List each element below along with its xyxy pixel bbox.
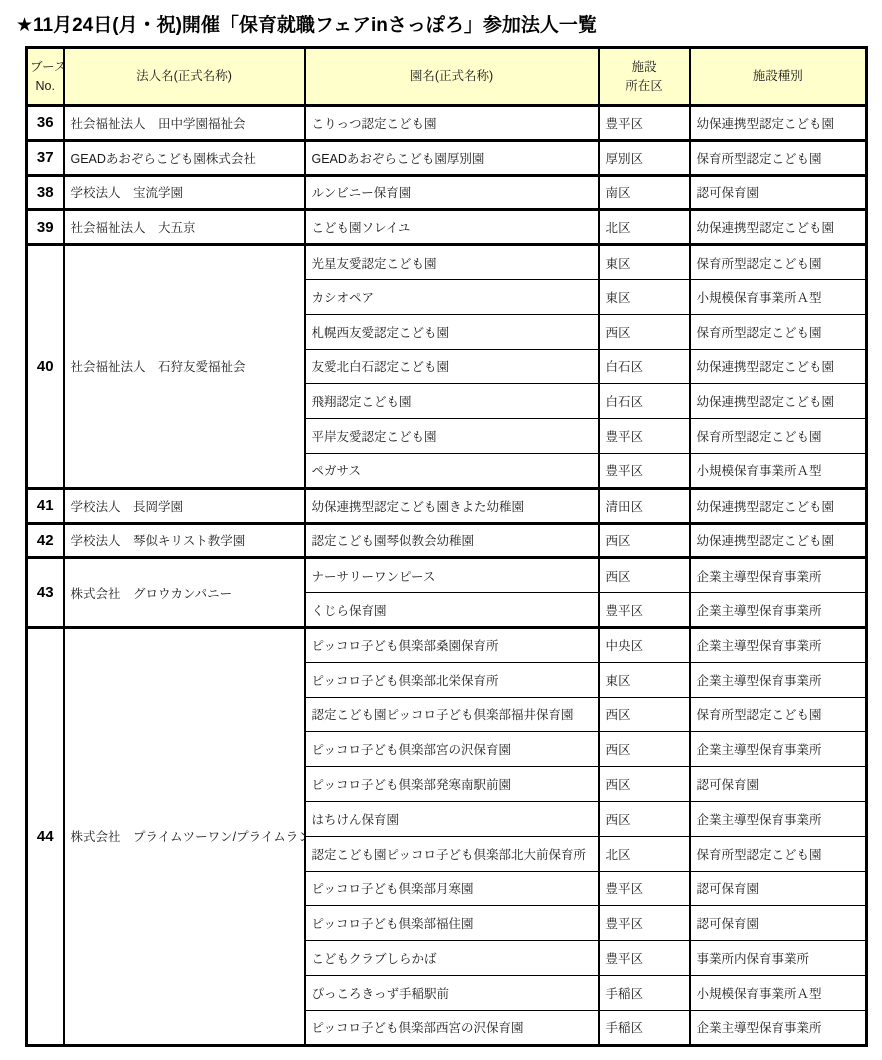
booth-number-cell: 41 — [27, 488, 64, 523]
corporate-name-cell: GEADあおぞらこども園株式会社 — [64, 140, 305, 175]
ward-cell: 白石区 — [599, 349, 690, 384]
facility-type-cell: 幼保連携型認定こども園 — [690, 384, 867, 419]
ward-cell: 東区 — [599, 662, 690, 697]
header-ward-line2: 所在区 — [602, 77, 687, 95]
table-row: 36 社会福祉法人 田中学園福祉会 こりっつ認定こども園 豊平区 幼保連携型認定… — [27, 106, 867, 141]
facility-name-cell: 友愛北白石認定こども園 — [305, 349, 599, 384]
facility-type-cell: 認可保育園 — [690, 175, 867, 210]
facility-name-cell: ピッコロ子ども倶楽部発寒南駅前園 — [305, 767, 599, 802]
facility-type-cell: 保育所型認定こども園 — [690, 419, 867, 454]
ward-cell: 手稲区 — [599, 1010, 690, 1045]
ward-cell: 豊平区 — [599, 906, 690, 941]
ward-cell: 西区 — [599, 697, 690, 732]
facility-name-cell: カシオペア — [305, 279, 599, 314]
ward-cell: 豊平区 — [599, 453, 690, 488]
facility-name-cell: ナーサリーワンピース — [305, 558, 599, 593]
page-title: ★11月24日(月・祝)開催「保育就職フェアinさっぽろ」参加法人一覧 — [16, 10, 882, 37]
facility-type-cell: 企業主導型保育事業所 — [690, 558, 867, 593]
facility-type-cell: 小規模保育事業所Ａ型 — [690, 975, 867, 1010]
facility-type-cell: 認可保育園 — [690, 767, 867, 802]
facility-name-cell: 飛翔認定こども園 — [305, 384, 599, 419]
ward-cell: 豊平区 — [599, 871, 690, 906]
facility-type-cell: 企業主導型保育事業所 — [690, 1010, 867, 1045]
booth-number-cell: 38 — [27, 175, 64, 210]
table-row: 39 社会福祉法人 大五京 こども園ソレイユ 北区 幼保連携型認定こども園 — [27, 210, 867, 245]
corporate-name-cell: 社会福祉法人 大五京 — [64, 210, 305, 245]
facility-type-cell: 保育所型認定こども園 — [690, 245, 867, 280]
ward-cell: 東区 — [599, 245, 690, 280]
booth-number-cell: 40 — [27, 245, 64, 489]
facility-type-cell: 企業主導型保育事業所 — [690, 801, 867, 836]
ward-cell: 北区 — [599, 210, 690, 245]
booth-number-cell: 43 — [27, 558, 64, 628]
facility-name-cell: 幼保連携型認定こども園きよた幼稚園 — [305, 488, 599, 523]
facility-name-cell: こどもクラブしらかば — [305, 941, 599, 976]
header-booth-line1: ブース — [30, 58, 61, 76]
facility-name-cell: こりっつ認定こども園 — [305, 106, 599, 141]
facility-name-cell: ルンビニー保育園 — [305, 175, 599, 210]
facility-name-cell: 認定こども園ピッコロ子ども倶楽部福井保育園 — [305, 697, 599, 732]
ward-cell: 豊平区 — [599, 593, 690, 628]
corporate-name-cell: 学校法人 長岡学園 — [64, 488, 305, 523]
corporate-name-cell: 社会福祉法人 石狩友愛福祉会 — [64, 245, 305, 489]
header-ward-line1: 施設 — [602, 58, 687, 76]
facility-type-cell: 小規模保育事業所Ａ型 — [690, 279, 867, 314]
facility-name-cell: GEADあおぞらこども園厚別園 — [305, 140, 599, 175]
facility-name-cell: ピッコロ子ども倶楽部西宮の沢保育園 — [305, 1010, 599, 1045]
ward-cell: 厚別区 — [599, 140, 690, 175]
facility-name-cell: ぴっころきっず手稲駅前 — [305, 975, 599, 1010]
booth-number-cell: 44 — [27, 627, 64, 1045]
facility-name-cell: ピッコロ子ども倶楽部福住園 — [305, 906, 599, 941]
facility-name-cell: 認定こども園ピッコロ子ども倶楽部北大前保育所 — [305, 836, 599, 871]
facility-name-cell: くじら保育園 — [305, 593, 599, 628]
table-row: 41 学校法人 長岡学園 幼保連携型認定こども園きよた幼稚園 清田区 幼保連携型… — [27, 488, 867, 523]
facility-type-cell: 保育所型認定こども園 — [690, 140, 867, 175]
facility-name-cell: 光星友愛認定こども園 — [305, 245, 599, 280]
table-row: 43 株式会社 グロウカンパニー ナーサリーワンピース 西区 企業主導型保育事業… — [27, 558, 867, 593]
facility-type-cell: 認可保育園 — [690, 871, 867, 906]
corporate-name-cell: 学校法人 宝流学園 — [64, 175, 305, 210]
participants-table: ブース No. 法人名(正式名称) 園名(正式名称) 施設 所在区 施設種別 3… — [25, 46, 868, 1047]
table-body: 36 社会福祉法人 田中学園福祉会 こりっつ認定こども園 豊平区 幼保連携型認定… — [27, 106, 867, 1046]
header-facility-type: 施設種別 — [690, 48, 867, 106]
facility-type-cell: 保育所型認定こども園 — [690, 697, 867, 732]
header-corporate-name: 法人名(正式名称) — [64, 48, 305, 106]
ward-cell: 白石区 — [599, 384, 690, 419]
facility-name-cell: ピッコロ子ども倶楽部桑園保育所 — [305, 627, 599, 662]
facility-name-cell: ピッコロ子ども倶楽部月寒園 — [305, 871, 599, 906]
facility-name-cell: 平岸友愛認定こども園 — [305, 419, 599, 454]
corporate-name-cell: 学校法人 琴似キリスト教学園 — [64, 523, 305, 558]
facility-type-cell: 企業主導型保育事業所 — [690, 593, 867, 628]
ward-cell: 西区 — [599, 801, 690, 836]
table-row: 42 学校法人 琴似キリスト教学園 認定こども園琴似教会幼稚園 西区 幼保連携型… — [27, 523, 867, 558]
ward-cell: 西区 — [599, 314, 690, 349]
table-row: 38 学校法人 宝流学園 ルンビニー保育園 南区 認可保育園 — [27, 175, 867, 210]
booth-number-cell: 37 — [27, 140, 64, 175]
header-row: ブース No. 法人名(正式名称) 園名(正式名称) 施設 所在区 施設種別 — [27, 48, 867, 106]
ward-cell: 東区 — [599, 279, 690, 314]
booth-number-cell: 39 — [27, 210, 64, 245]
corporate-name-cell: 社会福祉法人 田中学園福祉会 — [64, 106, 305, 141]
ward-cell: 西区 — [599, 523, 690, 558]
facility-type-cell: 幼保連携型認定こども園 — [690, 210, 867, 245]
facility-type-cell: 企業主導型保育事業所 — [690, 627, 867, 662]
facility-name-cell: ペガサス — [305, 453, 599, 488]
facility-type-cell: 幼保連携型認定こども園 — [690, 523, 867, 558]
ward-cell: 北区 — [599, 836, 690, 871]
facility-name-cell: はちけん保育園 — [305, 801, 599, 836]
facility-type-cell: 事業所内保育事業所 — [690, 941, 867, 976]
facility-type-cell: 保育所型認定こども園 — [690, 314, 867, 349]
ward-cell: 西区 — [599, 767, 690, 802]
facility-type-cell: 幼保連携型認定こども園 — [690, 488, 867, 523]
booth-number-cell: 36 — [27, 106, 64, 141]
corporate-name-cell: 株式会社 グロウカンパニー — [64, 558, 305, 628]
facility-name-cell: 札幌西友愛認定こども園 — [305, 314, 599, 349]
ward-cell: 豊平区 — [599, 941, 690, 976]
facility-name-cell: こども園ソレイユ — [305, 210, 599, 245]
booth-number-cell: 42 — [27, 523, 64, 558]
facility-type-cell: 小規模保育事業所Ａ型 — [690, 453, 867, 488]
ward-cell: 中央区 — [599, 627, 690, 662]
ward-cell: 手稲区 — [599, 975, 690, 1010]
table-header: ブース No. 法人名(正式名称) 園名(正式名称) 施設 所在区 施設種別 — [27, 48, 867, 106]
header-booth-no: ブース No. — [27, 48, 64, 106]
table-row: 44 株式会社 プライムツーワン/プライムランド ピッコロ子ども倶楽部桑園保育所… — [27, 627, 867, 662]
facility-type-cell: 幼保連携型認定こども園 — [690, 349, 867, 384]
facility-type-cell: 幼保連携型認定こども園 — [690, 106, 867, 141]
facility-name-cell: ピッコロ子ども倶楽部北栄保育所 — [305, 662, 599, 697]
ward-cell: 西区 — [599, 558, 690, 593]
facility-type-cell: 保育所型認定こども園 — [690, 836, 867, 871]
facility-name-cell: ピッコロ子ども倶楽部宮の沢保育園 — [305, 732, 599, 767]
ward-cell: 西区 — [599, 732, 690, 767]
table-row: 40 社会福祉法人 石狩友愛福祉会 光星友愛認定こども園 東区 保育所型認定こど… — [27, 245, 867, 280]
ward-cell: 南区 — [599, 175, 690, 210]
facility-type-cell: 企業主導型保育事業所 — [690, 662, 867, 697]
page: ★11月24日(月・祝)開催「保育就職フェアinさっぽろ」参加法人一覧 ブース … — [0, 0, 882, 1060]
header-facility-name: 園名(正式名称) — [305, 48, 599, 106]
table-row: 37 GEADあおぞらこども園株式会社 GEADあおぞらこども園厚別園 厚別区 … — [27, 140, 867, 175]
header-ward: 施設 所在区 — [599, 48, 690, 106]
ward-cell: 豊平区 — [599, 106, 690, 141]
facility-type-cell: 企業主導型保育事業所 — [690, 732, 867, 767]
facility-name-cell: 認定こども園琴似教会幼稚園 — [305, 523, 599, 558]
ward-cell: 清田区 — [599, 488, 690, 523]
header-booth-line2: No. — [30, 77, 61, 95]
facility-type-cell: 認可保育園 — [690, 906, 867, 941]
corporate-name-cell: 株式会社 プライムツーワン/プライムランド — [64, 627, 305, 1045]
ward-cell: 豊平区 — [599, 419, 690, 454]
